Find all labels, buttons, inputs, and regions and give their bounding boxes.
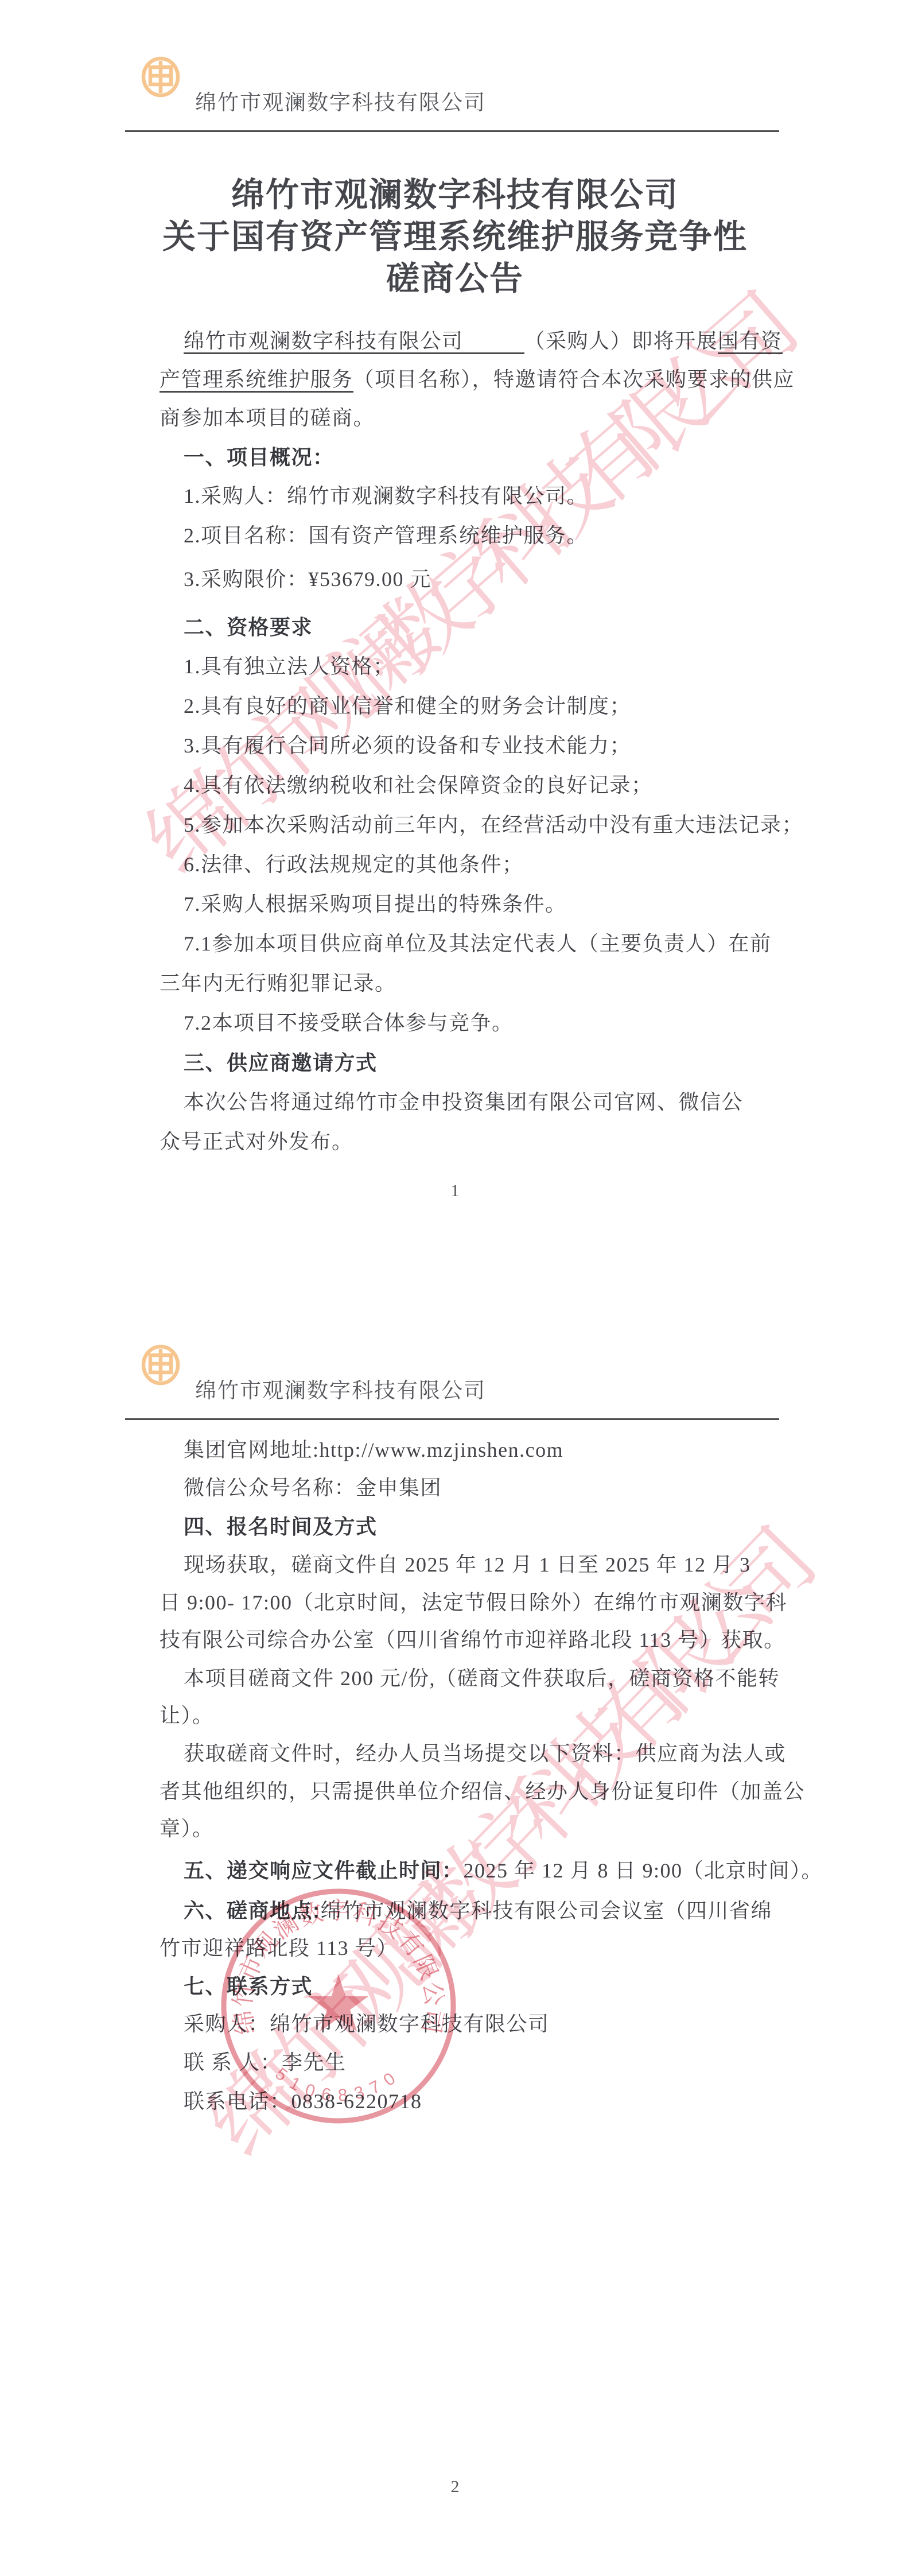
- document-fee-line2: 让）。: [160, 1704, 796, 1728]
- qualification-item-7-1-line1: 7.1参加本项目供应商单位及其法定代表人（主要负责人）在前: [160, 932, 820, 956]
- red-company-seal: 绵竹市观澜数字科技有限公司 51068370: [211, 1879, 466, 2133]
- wechat-account-line: 微信公众号名称：金申集团: [160, 1476, 820, 1500]
- invitation-line2: 众号正式对外发布。: [160, 1130, 796, 1154]
- document-fee-line1: 本项目磋商文件 200 元/份,（磋商文件获取后，磋商资格不能转: [160, 1666, 820, 1691]
- section4-heading: 四、报名时间及方式: [160, 1514, 820, 1539]
- registration-line3: 技有限公司综合办公室（四川省绵竹市迎祥路北段 113 号）获取。: [160, 1628, 796, 1652]
- qualification-item-7-2: 7.2本项目不接受联合体参与竞争。: [160, 1011, 820, 1035]
- qualification-item-2: 2.具有良好的商业信誉和健全的财务会计制度；: [160, 694, 820, 719]
- project-name-underlined-part2: 产管理系统维护服务: [160, 368, 353, 393]
- registration-line2: 日 9:00- 17:00（北京时间，法定节假日除外）在绵竹市观澜数字科: [160, 1590, 796, 1615]
- section3-heading: 三、供应商邀请方式: [160, 1050, 820, 1075]
- group-website-line: 集团官网地址:http://www.mzjinshen.com: [160, 1438, 820, 1462]
- section1-item-project-name: 2.项目名称：国有资产管理系统维护服务。: [160, 523, 820, 548]
- materials-line2: 者其他组织的，只需提供单位介绍信、经办人身份证复印件（加盖公: [160, 1779, 796, 1804]
- intro-paragraph-line2: 产管理系统维护服务（项目名称），特邀请符合本次采购要求的供应: [160, 367, 796, 393]
- page-1: 绵竹市观澜数字科技有限公司 绵竹市观澜数字科技有限公司 关于国有资产管理系统维护…: [0, 0, 910, 1288]
- header-divider: [125, 130, 779, 132]
- qualification-item-5: 5.参加本次采购活动前三年内，在经营活动中没有重大违法记录；: [160, 813, 820, 837]
- qualification-item-4: 4.具有依法缴纳税收和社会保障资金的良好记录；: [160, 773, 820, 798]
- header-company-name: 绵竹市观澜数字科技有限公司: [195, 85, 486, 116]
- doc-title-line1: 绵竹市观澜数字科技有限公司: [138, 168, 772, 216]
- qualification-item-7-1-line2: 三年内无行贿犯罪记录。: [160, 971, 796, 996]
- page-number-1: 1: [0, 1181, 910, 1201]
- section2-heading: 二、资格要求: [160, 615, 820, 639]
- intro-text-cont: （项目名称），特邀请符合本次采购要求的供应: [353, 368, 795, 391]
- seal-star-icon: [309, 1974, 369, 2032]
- qualification-item-7: 7.采购人根据采购项目提出的特殊条件。: [160, 892, 820, 917]
- materials-line3: 章）。: [160, 1817, 796, 1841]
- page-2: 绵竹市观澜数字科技有限公司 集团官网地址:http://www.mzjinshe…: [0, 1288, 910, 2576]
- purchaser-name-underlined: 绵竹市观澜数字科技有限公司: [184, 330, 464, 354]
- doc-title-line3: 磋商公告: [138, 251, 772, 300]
- svg-text:51068370: 51068370: [271, 2064, 405, 2105]
- intro-text: （采购人）即将开展: [524, 329, 718, 352]
- underline-blank: [464, 329, 524, 354]
- page-number-2: 2: [0, 2477, 910, 2497]
- section1-item-price-limit: 3.采购限价：¥53679.00 元: [160, 567, 820, 592]
- section1-item-purchaser: 1.采购人：绵竹市观澜数字科技有限公司。: [160, 484, 820, 509]
- scanned-announcement-document: 绵竹市观澜数字科技有限公司 绵竹市观澜数字科技有限公司 关于国有资产管理系统维护…: [0, 0, 910, 2576]
- seal-code-arc: 51068370: [271, 2064, 405, 2105]
- section1-heading: 一、项目概况：: [160, 445, 820, 470]
- company-logo-icon: [141, 1344, 181, 1386]
- deadline-value: 2025 年 12 月 8 日 9:00（北京时间）。: [464, 1859, 823, 1882]
- header-divider: [125, 1418, 779, 1420]
- qualification-item-1: 1.具有独立法人资格；: [160, 654, 820, 679]
- header-company-name: 绵竹市观澜数字科技有限公司: [195, 1373, 486, 1404]
- intro-paragraph-line1: 绵竹市观澜数字科技有限公司（采购人）即将开展国有资: [160, 329, 820, 354]
- qualification-item-3: 3.具有履行合同所必须的设备和专业技术能力；: [160, 734, 820, 758]
- materials-line1: 获取磋商文件时，经办人员当场提交以下资料：供应商为法人或: [160, 1741, 820, 1766]
- intro-paragraph-line3: 商参加本项目的磋商。: [160, 406, 796, 430]
- doc-title-line2: 关于国有资产管理系统维护服务竞争性: [138, 210, 772, 258]
- registration-line1: 现场获取，磋商文件自 2025 年 12 月 1 日至 2025 年 12 月 …: [160, 1553, 820, 1577]
- qualification-item-6: 6.法律、行政法规规定的其他条件；: [160, 852, 820, 877]
- project-name-underlined-part1: 国有资: [718, 330, 783, 354]
- invitation-line1: 本次公告将通过绵竹市金申投资集团有限公司官网、微信公: [160, 1090, 820, 1115]
- company-logo-icon: [141, 56, 181, 98]
